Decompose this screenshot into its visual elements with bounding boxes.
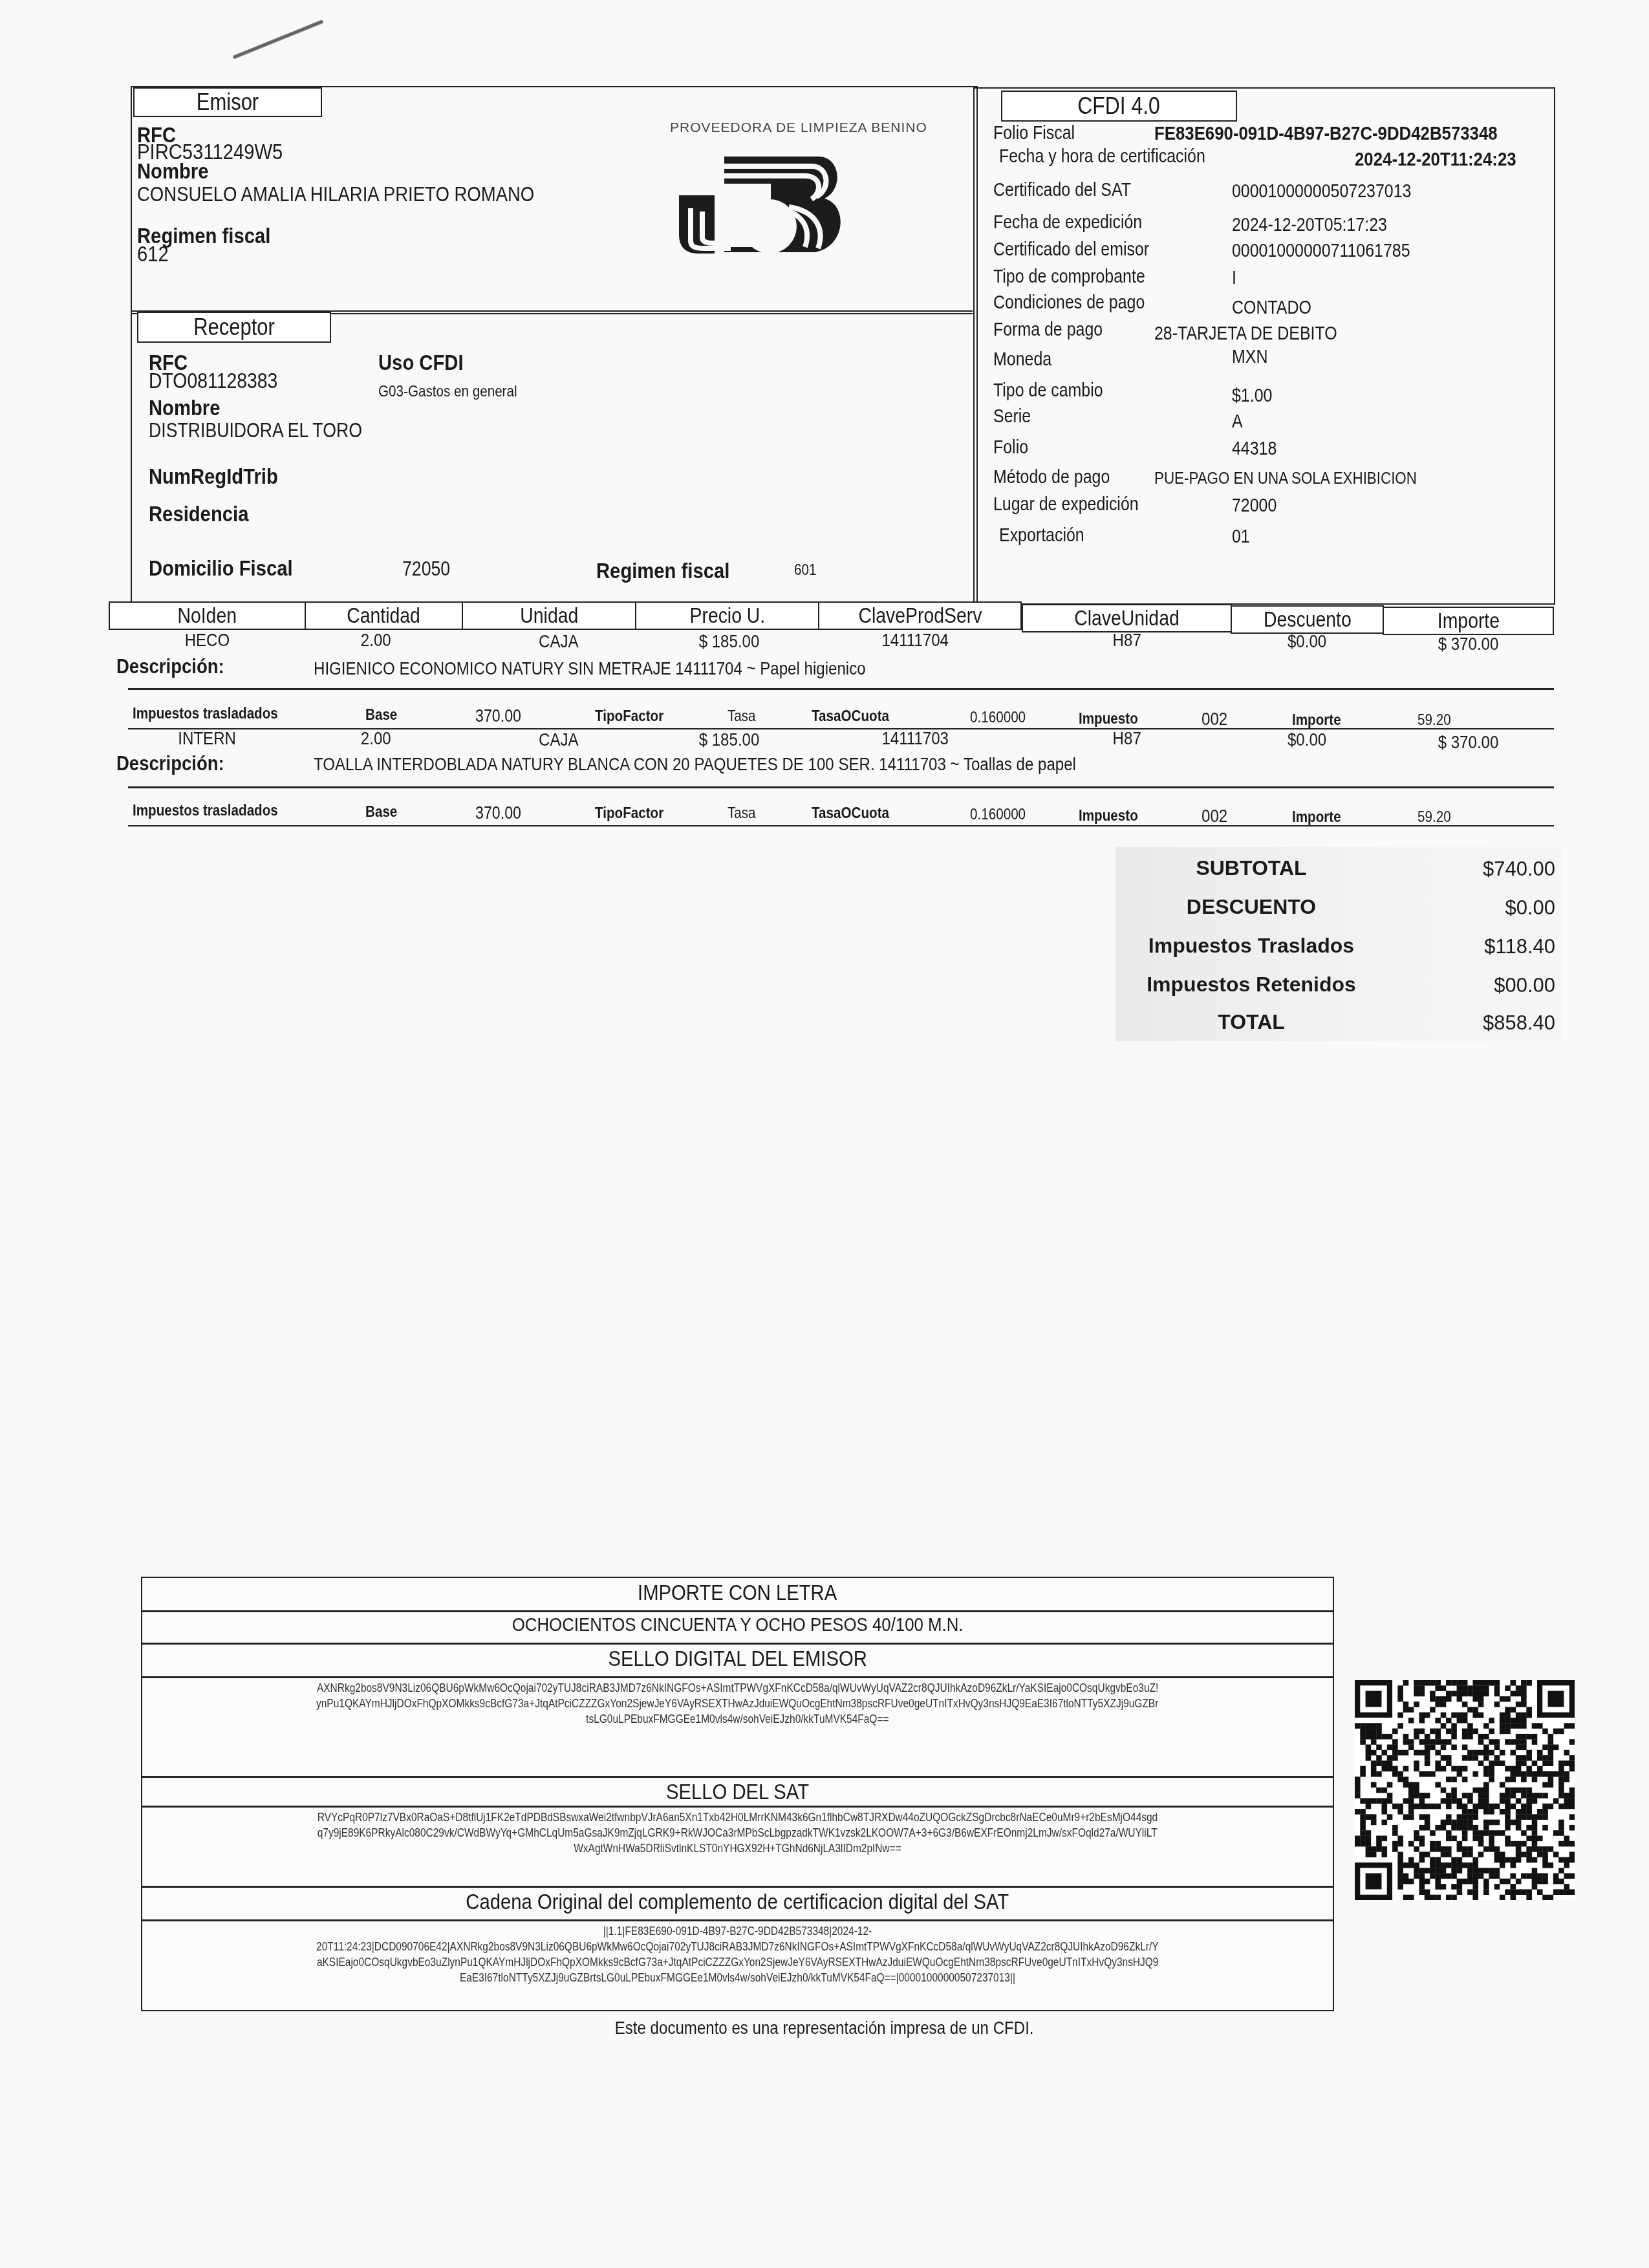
col-header-claveprodserv: ClaveProdServ xyxy=(818,601,1022,630)
col-header-unidad: Unidad xyxy=(462,601,636,630)
row-precio: $ 185.00 xyxy=(698,631,759,652)
totals-panel: SUBTOTAL $740.00 DESCUENTO $0.00 Impuest… xyxy=(1115,847,1562,1041)
total-value: $858.40 xyxy=(1483,1011,1555,1035)
impuestos-trasladados-value: $118.40 xyxy=(1484,935,1555,958)
lugar-expedicion-label: Lugar de expedición xyxy=(993,494,1139,515)
moneda-label: Moneda xyxy=(993,349,1051,371)
tax-underline xyxy=(128,825,1554,826)
sello-emisor-text: AXNRkg2bos8V9N3Liz06QBU6pWkMw6OcQojai702… xyxy=(142,1680,1333,1727)
domicilio-fiscal-label: Domicilio Fiscal xyxy=(149,556,293,581)
fecha-certificacion-value: 2024-12-20T11:24:23 xyxy=(1355,149,1516,171)
certificado-emisor-value: 00001000000711061785 xyxy=(1232,241,1410,262)
forma-pago-value: 28-TARJETA DE DEBITO xyxy=(1154,323,1337,345)
col-header-precio: Precio U. xyxy=(635,601,819,630)
tipo-cambio-label: Tipo de cambio xyxy=(993,380,1103,402)
cadena-original-title: Cadena Original del complemento de certi… xyxy=(466,1890,1009,1915)
impuestos-retenidos-value: $00.00 xyxy=(1494,974,1555,997)
row-unidad: CAJA xyxy=(539,729,579,750)
row-claveunidad: H87 xyxy=(1112,630,1141,651)
serie-label: Serie xyxy=(993,406,1031,427)
row-descripcion: TOALLA INTERDOBLADA NATURY BLANCA CON 20… xyxy=(314,754,1076,775)
cfdi-title-box: CFDI 4.0 xyxy=(1001,91,1237,122)
row-divider xyxy=(128,786,1554,788)
certificado-sat-value: 00001000000507237013 xyxy=(1232,181,1411,202)
row-precio: $ 185.00 xyxy=(698,729,759,750)
row-descripcion: HIGIENICO ECONOMICO NATURY SIN METRAJE 1… xyxy=(314,658,866,679)
staple-mark xyxy=(232,19,323,59)
descripcion-label: Descripción: xyxy=(116,751,224,775)
subtotal-label: SUBTOTAL xyxy=(1115,856,1387,880)
importe-letra-title: IMPORTE CON LETRA xyxy=(638,1581,837,1606)
receptor-title: Receptor xyxy=(193,313,275,341)
row-divider xyxy=(128,688,1554,690)
impuestos-retenidos-label: Impuestos Retenidos xyxy=(1115,973,1387,997)
forma-pago-label: Forma de pago xyxy=(993,319,1103,341)
emisor-nombre-label: Nombre xyxy=(137,159,208,184)
importe-letra-value: OCHOCIENTOS CINCUENTA Y OCHO PESOS 40/10… xyxy=(512,1614,964,1636)
folio-fiscal-value: FE83E690-091D-4B97-B27C-9DD42B573348 xyxy=(1154,123,1498,145)
tipo-cambio-value: $1.00 xyxy=(1232,385,1272,407)
row-descuento: $0.00 xyxy=(1288,631,1326,652)
uso-cfdi-value: G03-Gastos en general xyxy=(378,383,517,401)
moneda-value: MXN xyxy=(1232,347,1267,368)
col-header-noiden: NoIden xyxy=(109,601,306,630)
certificado-emisor-label: Certificado del emisor xyxy=(993,239,1149,261)
row-importe: $ 370.00 xyxy=(1438,634,1499,654)
certificado-sat-label: Certificado del SAT xyxy=(993,180,1131,201)
sello-sat-text: RVYcPqR0P7lz7VBx0RaOaS+D8tflUj1FK2eTdPDB… xyxy=(142,1809,1333,1856)
residencia-label: Residencia xyxy=(149,502,248,527)
cfdi-title: CFDI 4.0 xyxy=(1078,92,1160,120)
row-claveprodserv: 14111703 xyxy=(881,728,949,749)
emisor-title: Emisor xyxy=(197,89,259,116)
row-unidad: CAJA xyxy=(539,631,579,652)
company-name: PROVEEDORA DE LIMPIEZA BENINO xyxy=(670,120,927,136)
exportacion-label: Exportación xyxy=(999,525,1084,546)
col-header-claveunidad: ClaveUnidad xyxy=(1022,604,1232,632)
row-cantidad: 2.00 xyxy=(361,630,391,651)
row-noiden: INTERN xyxy=(178,728,237,749)
folio-label: Folio xyxy=(993,437,1028,459)
row-descuento: $0.00 xyxy=(1288,729,1326,750)
descuento-value: $0.00 xyxy=(1505,896,1555,920)
receptor-title-box: Receptor xyxy=(137,312,331,343)
row-noiden: HECO xyxy=(185,630,230,651)
lugar-expedicion-value: 72000 xyxy=(1232,495,1277,517)
metodo-pago-value: PUE-PAGO EN UNA SOLA EXHIBICION xyxy=(1154,468,1417,488)
row-claveprodserv: 14111704 xyxy=(881,630,949,651)
receptor-nombre-label: Nombre xyxy=(149,396,220,421)
row-importe: $ 370.00 xyxy=(1438,732,1499,753)
footer-section: IMPORTE CON LETRA OCHOCIENTOS CINCUENTA … xyxy=(141,1577,1334,2011)
row-cantidad: 2.00 xyxy=(361,728,391,749)
receptor-nombre: DISTRIBUIDORA EL TORO xyxy=(149,419,362,442)
emisor-nombre: CONSUELO AMALIA HILARIA PRIETO ROMANO xyxy=(137,182,534,206)
fecha-certificacion-label: Fecha y hora de certificación xyxy=(999,146,1205,167)
col-header-descuento: Descuento xyxy=(1231,605,1384,634)
receptor-rfc: DTO081128383 xyxy=(149,369,277,393)
company-logo-icon xyxy=(679,150,854,260)
domicilio-fiscal-value: 72050 xyxy=(402,557,450,581)
folio-value: 44318 xyxy=(1232,438,1277,460)
descripcion-label: Descripción: xyxy=(116,654,224,678)
condiciones-pago-value: CONTADO xyxy=(1232,297,1311,319)
receptor-regimen-label: Regimen fiscal xyxy=(596,559,729,584)
uso-cfdi-label: Uso CFDI xyxy=(378,351,464,376)
sello-sat-title: SELLO DEL SAT xyxy=(666,1780,809,1805)
tipo-comprobante-value: I xyxy=(1232,268,1236,289)
subtotal-value: $740.00 xyxy=(1483,858,1555,881)
cfdi-disclaimer: Este documento es una representación imp… xyxy=(615,2018,1034,2038)
cadena-original-text: ||1.1|FE83E690-091D-4B97-B27C-9DD42B5733… xyxy=(142,1923,1333,1985)
exportacion-value: 01 xyxy=(1232,526,1250,548)
folio-fiscal-label: Folio Fiscal xyxy=(993,123,1075,144)
fecha-expedicion-value: 2024-12-20T05:17:23 xyxy=(1232,215,1387,236)
serie-value: A xyxy=(1232,411,1243,433)
impuestos-trasladados-label: Impuestos Traslados xyxy=(1115,934,1387,958)
receptor-regimen-value: 601 xyxy=(794,561,816,579)
emisor-title-box: Emisor xyxy=(133,87,322,117)
row-claveunidad: H87 xyxy=(1112,728,1141,749)
col-header-importe: Importe xyxy=(1383,607,1554,635)
fecha-expedicion-label: Fecha de expedición xyxy=(993,212,1142,233)
col-header-cantidad: Cantidad xyxy=(305,601,463,630)
numregidtrib-label: NumRegIdTrib xyxy=(149,464,278,490)
emisor-regimen: 612 xyxy=(137,242,169,267)
total-label: TOTAL xyxy=(1115,1010,1387,1034)
tipo-comprobante-label: Tipo de comprobante xyxy=(993,266,1145,288)
qr-code-icon xyxy=(1355,1680,1575,1900)
metodo-pago-label: Método de pago xyxy=(993,467,1110,488)
sello-emisor-title: SELLO DIGITAL DEL EMISOR xyxy=(608,1647,867,1672)
condiciones-pago-label: Condiciones de pago xyxy=(993,292,1145,314)
descuento-label: DESCUENTO xyxy=(1115,895,1387,919)
